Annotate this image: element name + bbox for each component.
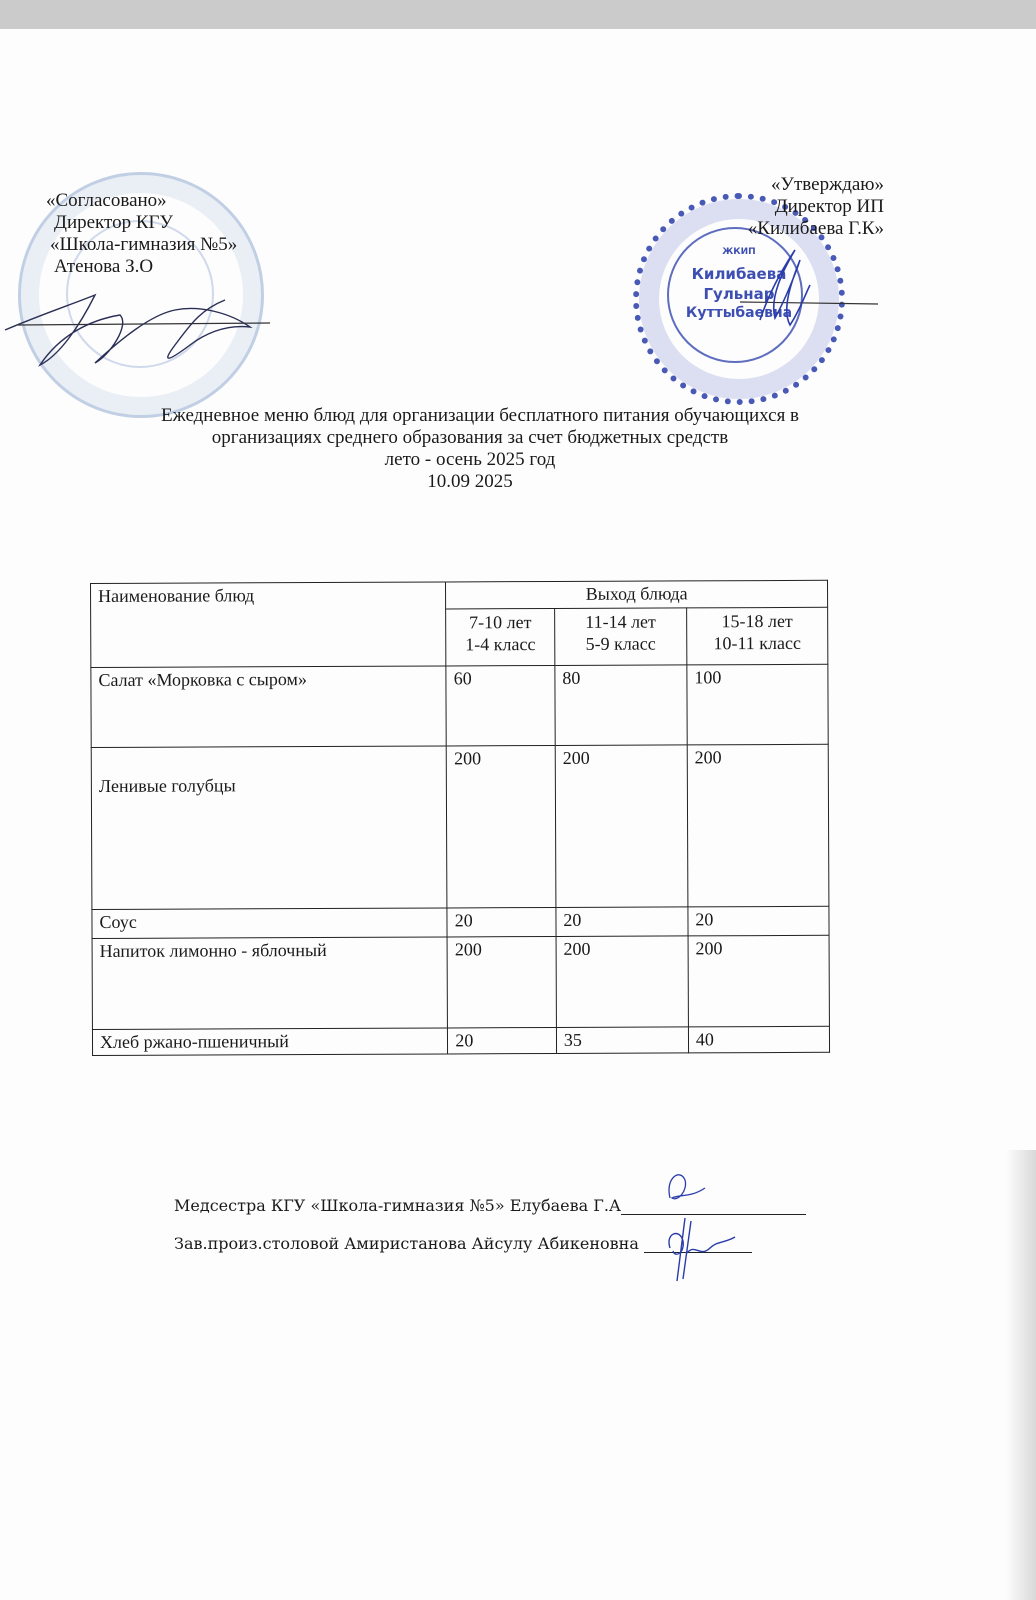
approval-approve-person: «Килибаева Г.К»	[748, 218, 884, 240]
canteen-head-name: Зав.произ.столовой Амиристанова Айсулу А…	[174, 1234, 639, 1253]
portion-value: 20	[688, 906, 829, 936]
approval-agreed-heading: «Согласовано»	[46, 190, 237, 212]
dish-name: Хлеб ржано-пшеничный	[92, 1028, 447, 1056]
nurse-name: Медсестра КГУ «Школа-гимназия №5» Елубае…	[174, 1196, 621, 1215]
director-signature-left	[0, 285, 300, 375]
portion-value: 200	[687, 744, 829, 907]
table-header-row: Наименование блюд Выход блюда	[91, 580, 828, 610]
header-age-group: 15-18 лет10-11 класс	[686, 607, 827, 665]
approval-approve-heading: «Утверждаю»	[748, 174, 884, 196]
table-row: Ленивые голубцы 200 200 200	[91, 744, 829, 909]
approval-agreed-position: Директор КГУ	[46, 212, 237, 234]
grade-range: 10-11 класс	[694, 632, 820, 655]
title-line-1: Ежедневное меню блюд для организации бес…	[90, 405, 850, 427]
portion-value: 100	[687, 664, 828, 745]
approval-approve-position: Директор ИП	[748, 196, 884, 218]
portion-value: 20	[556, 907, 688, 937]
portion-value: 200	[447, 745, 556, 907]
portion-value: 20	[447, 907, 556, 936]
portion-value: 20	[448, 1027, 557, 1053]
portion-value: 35	[556, 1027, 688, 1054]
portion-value: 40	[688, 1026, 829, 1053]
dish-name: Салат «Морковка с сыром»	[91, 666, 447, 748]
approval-agreed-block: «Согласовано» Директор КГУ «Школа-гимназ…	[46, 190, 237, 278]
portion-value: 200	[688, 935, 830, 1027]
age-range: 15-18 лет	[694, 610, 820, 633]
age-range: 7-10 лет	[453, 611, 547, 633]
title-date: 10.09 2025	[90, 471, 850, 493]
table-row: Соус 20 20 20	[92, 906, 829, 938]
dish-name: Напиток лимонно - яблочный	[92, 937, 448, 1030]
header-dish-name: Наименование блюд	[91, 582, 447, 668]
document-title: Ежедневное меню блюд для организации бес…	[90, 405, 850, 493]
table-row: Хлеб ржано-пшеничный 20 35 40	[92, 1026, 829, 1055]
portion-value: 200	[555, 745, 688, 908]
nurse-signature	[660, 1168, 720, 1218]
approval-agreed-organization: «Школа-гимназия №5»	[46, 234, 237, 256]
title-season: лето - осень 2025 год	[90, 449, 850, 471]
dish-name: Ленивые голубцы	[99, 774, 439, 796]
age-range: 11-14 лет	[562, 610, 679, 633]
page-edge-shadow	[1006, 1150, 1036, 1600]
dish-name-cell: Ленивые голубцы	[91, 746, 447, 910]
approval-agreed-person: Атенова З.О	[46, 256, 237, 278]
table-row: Напиток лимонно - яблочный 200 200 200	[92, 935, 829, 1029]
header-age-group: 7-10 лет1-4 класс	[446, 608, 555, 665]
header-portion-yield: Выход блюда	[446, 580, 828, 609]
menu-table: Наименование блюд Выход блюда 7-10 лет1-…	[90, 580, 830, 1056]
viewer-top-bar	[0, 0, 1036, 29]
portion-value: 80	[555, 665, 687, 746]
portion-value: 60	[446, 665, 555, 745]
table-row: Салат «Морковка с сыром» 60 80 100	[91, 664, 828, 747]
portion-value: 200	[556, 936, 688, 1028]
director-signature-right	[700, 240, 880, 350]
approval-approve-block: «Утверждаю» Директор ИП «Килибаева Г.К»	[748, 174, 884, 240]
header-age-group: 11-14 лет5-9 класс	[555, 608, 687, 666]
canteen-head-signature	[655, 1213, 745, 1283]
dish-name: Соус	[92, 908, 447, 939]
portion-value: 200	[447, 936, 556, 1027]
grade-range: 1-4 класс	[454, 633, 548, 655]
grade-range: 5-9 класс	[562, 632, 679, 655]
title-line-2: организациях среднего образования за сче…	[90, 427, 850, 449]
